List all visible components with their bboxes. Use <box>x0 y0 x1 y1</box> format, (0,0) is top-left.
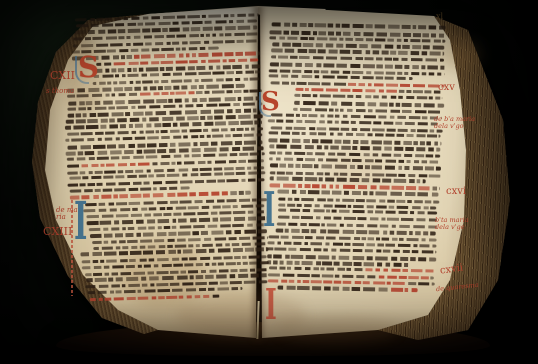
script-line <box>270 164 441 171</box>
decorated-initial-I-left: I <box>74 196 87 248</box>
script-line <box>278 208 437 214</box>
script-line <box>278 190 439 196</box>
penwork-flourish-icon <box>259 92 271 117</box>
script-line <box>269 62 446 69</box>
chapter-number-cxiii: CXIII <box>43 226 72 238</box>
script-line <box>269 157 440 163</box>
chapter-number-cxii: CXII <box>50 70 75 82</box>
script-line <box>271 49 444 56</box>
script-line <box>269 151 440 158</box>
script-line <box>268 279 435 285</box>
script-line <box>268 119 441 126</box>
chapter-number-cxvi: cxvi <box>446 187 466 198</box>
script-line <box>269 145 440 152</box>
open-manuscript-book: S I S I I CXII s thoma de ma ria CXIII x… <box>26 4 520 358</box>
script-line <box>269 176 425 183</box>
script-line <box>278 216 437 222</box>
script-line <box>293 107 441 113</box>
script-line <box>271 23 446 30</box>
script-line <box>277 286 417 292</box>
decorated-initial-I-right-red: I <box>265 284 277 326</box>
decorated-initial-I-right: I <box>263 186 275 234</box>
script-line <box>271 55 444 62</box>
script-line <box>267 247 436 254</box>
margin-note-beata-maria-1: de b'a maria dela v'go <box>434 116 475 130</box>
margin-note-s-thoma: s thoma <box>46 88 74 95</box>
script-line <box>268 132 440 138</box>
script-line <box>269 74 413 80</box>
script-line <box>268 266 435 272</box>
margin-note-beata-maria-2: b'ta maria dela v'ge <box>435 217 469 231</box>
script-line <box>269 36 445 43</box>
script-line <box>276 222 438 228</box>
script-line <box>276 228 436 235</box>
script-line <box>295 87 443 93</box>
script-line <box>294 101 444 108</box>
script-line <box>294 94 442 100</box>
penwork-flourish-icon <box>75 56 89 84</box>
photo-background: S I S I I CXII s thoma de ma ria CXIII x… <box>0 0 538 364</box>
script-line <box>268 235 436 241</box>
script-line <box>271 113 442 119</box>
chapter-number-cxv: cxv <box>438 83 455 94</box>
margin-note-de-maria: de ma ria <box>56 207 78 222</box>
script-line <box>278 197 440 204</box>
folio-number: xl <box>436 12 443 21</box>
